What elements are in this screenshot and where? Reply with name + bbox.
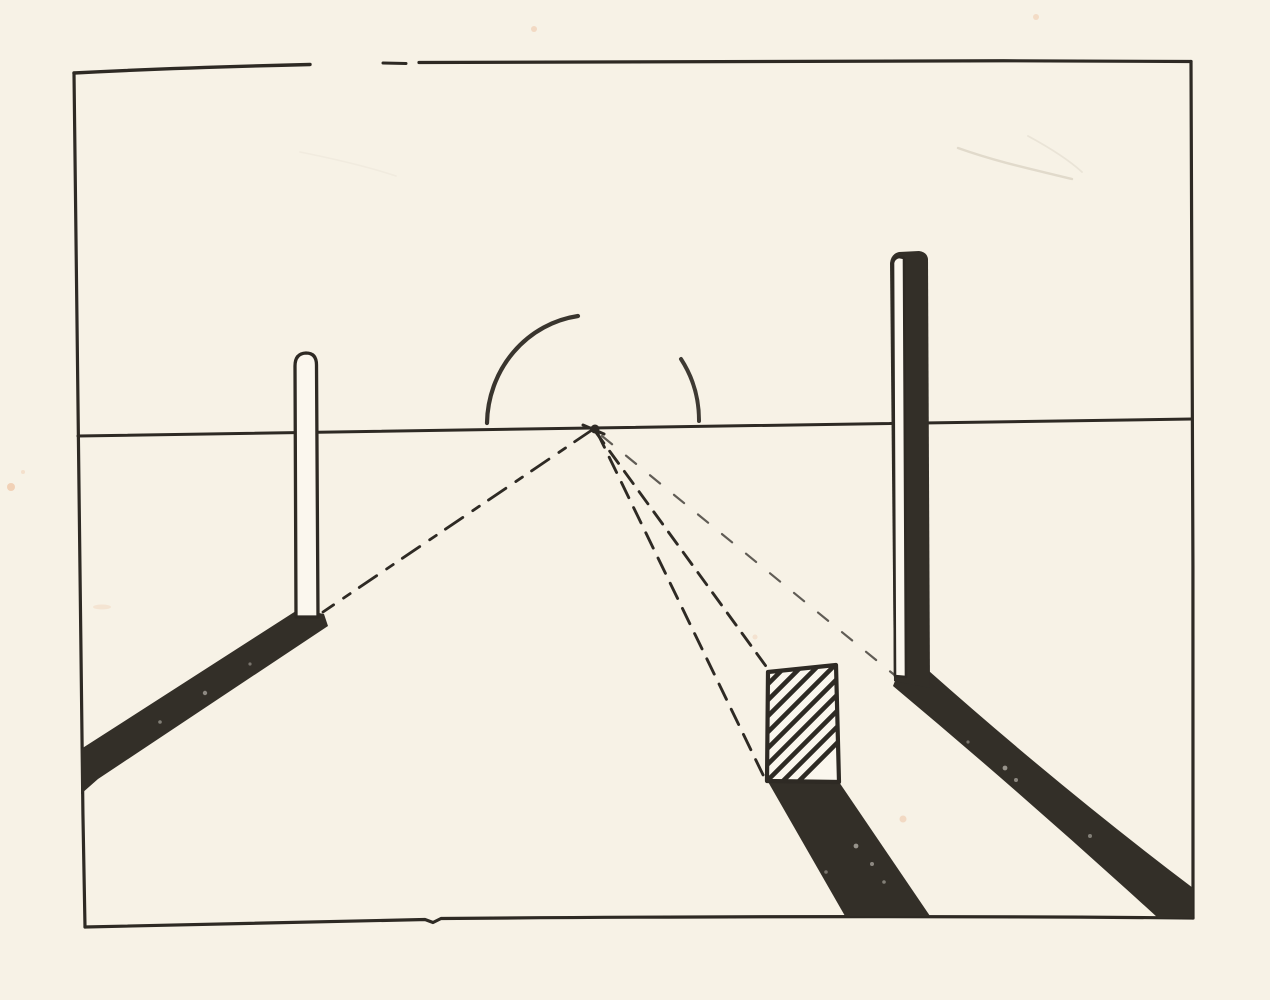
left-post [295, 353, 318, 617]
frame-top-right-segment [419, 61, 1191, 63]
perspective-drawing [0, 0, 1270, 1000]
scanned-page [0, 0, 1270, 1000]
right-post-front-strip [893, 257, 906, 677]
frame-top-dash [383, 63, 406, 64]
paper-background [0, 0, 1270, 1000]
right-post [890, 251, 930, 688]
